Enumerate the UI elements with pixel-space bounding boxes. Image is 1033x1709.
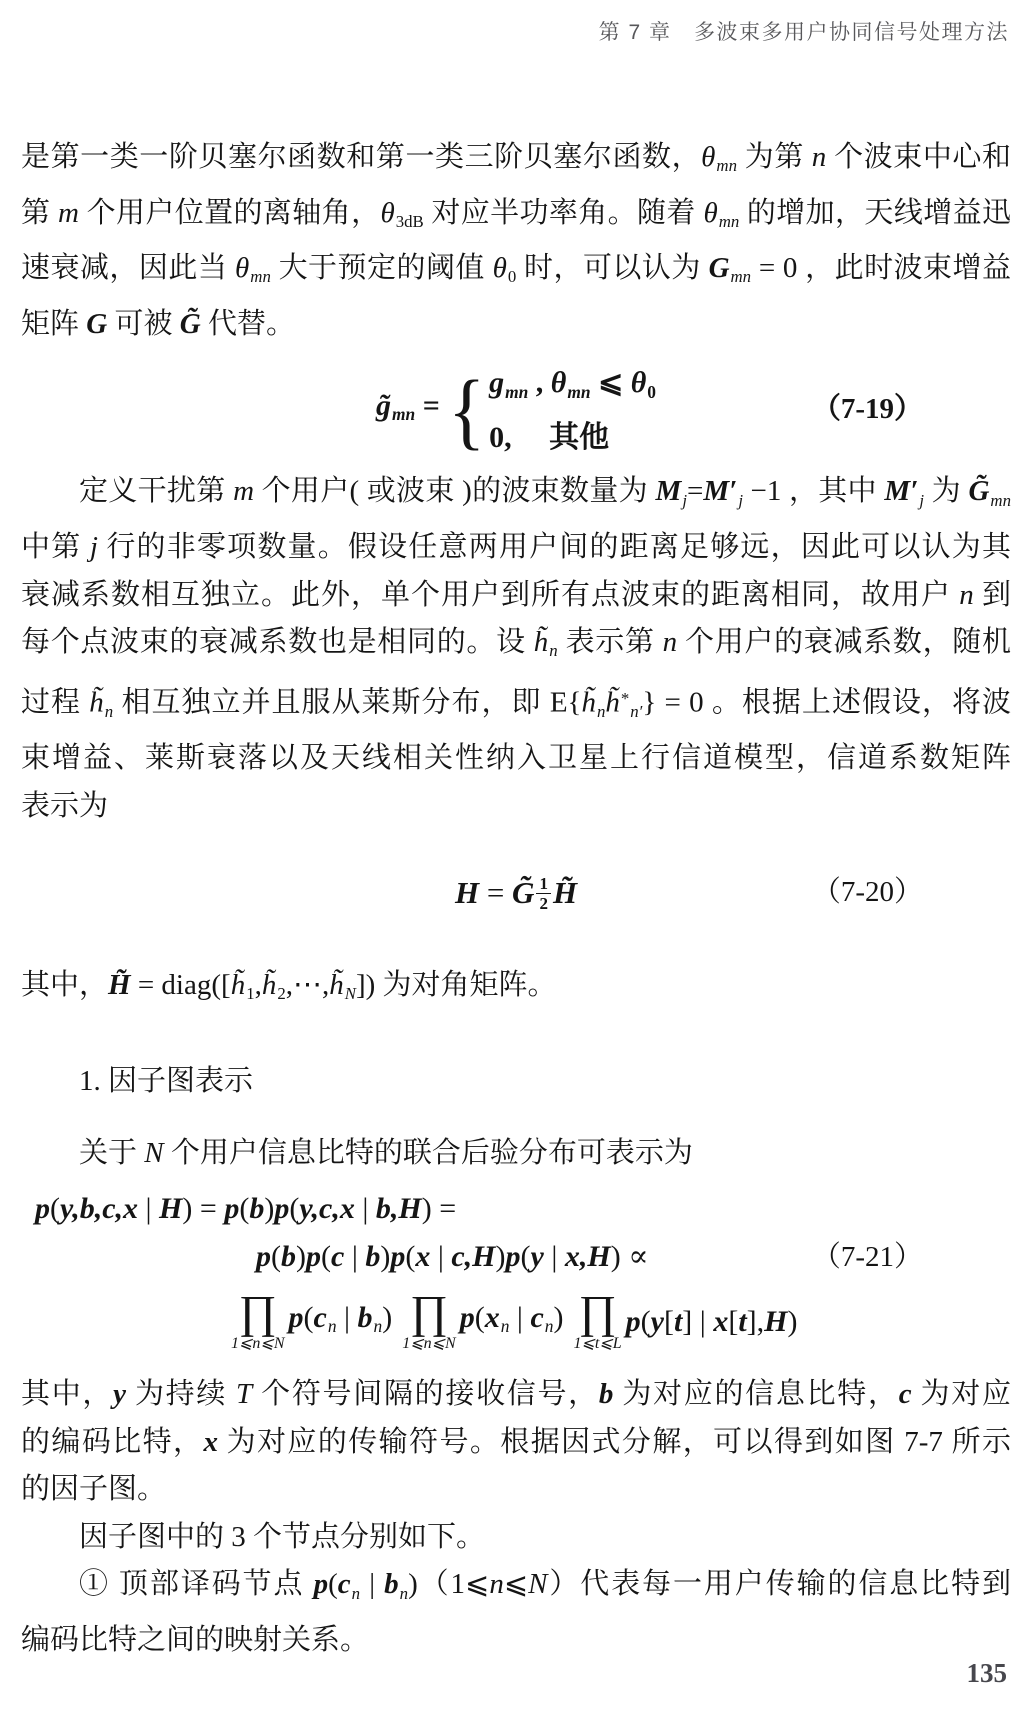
product-operator-2: ∏ 1⩽n⩽N (402, 1291, 455, 1353)
text-segment: = (687, 475, 703, 507)
text-segment: n′ (630, 702, 642, 721)
text-line: 衰减系数相互独立。此外，单个用户到所有点波束的距离相同，故用户 n 到 (21, 572, 1011, 620)
text-segment: y (651, 1305, 664, 1338)
text-segment: θ (631, 366, 647, 399)
text-segment: ] (747, 1305, 757, 1338)
text-segment: N (345, 984, 356, 1003)
text-segment: * (621, 689, 629, 708)
text-segment: | (138, 1192, 159, 1225)
text-segment: 为持续 (126, 1378, 236, 1410)
text-segment: b (358, 1301, 373, 1334)
book-page: 第 7 章 多波束多用户协同信号处理方法 是第一类一阶贝塞尔函数和第一类三阶贝塞… (0, 0, 1033, 1709)
case-row-2: 0, 其他 (489, 415, 656, 461)
text-segment: mn (392, 404, 415, 424)
text-segment: b (249, 1192, 264, 1225)
text-segment: mn (990, 491, 1011, 510)
text-segment: 个用户位置的离轴角， (79, 197, 380, 229)
section-heading-factor-graph: 1. 因子图表示 (21, 1058, 1011, 1106)
text-segment: ( (321, 1240, 331, 1273)
text-segment: y (113, 1378, 126, 1410)
text-line: 矩阵 G 可被 G̃ 代替。 (21, 301, 1011, 349)
text-segment: mn (716, 156, 737, 175)
text-line: 的编码比特，x 为对应的传输符号。根据因式分解，可以得到如图 7-7 所示 (21, 1419, 1011, 1467)
equation-lhs: g̃mn = (376, 382, 440, 439)
product-operator-1: ∏ 1⩽n⩽N (231, 1291, 284, 1353)
text-segment: N (144, 1137, 163, 1169)
text-segment: 为第 (737, 141, 812, 173)
equation-7-20: H = G̃12H̃ （7-20） (21, 850, 1011, 936)
text-segment: } = 0 。根据上述假设，将波 (642, 686, 1011, 718)
text-segment: ( (475, 1301, 485, 1334)
text-segment: 速衰减，因此当 (21, 252, 235, 284)
text-segment: c (530, 1301, 543, 1334)
text-segment: c (313, 1301, 326, 1334)
text-segment: 第 (21, 197, 58, 229)
text-segment: x (713, 1305, 728, 1338)
text-segment: p (224, 1192, 239, 1225)
text-segment: , (528, 366, 551, 399)
text-segment: H̃ (108, 969, 131, 1001)
text-segment: y,b,c,x (60, 1192, 138, 1225)
text-segment: n (105, 702, 113, 721)
text-segment: c (338, 1568, 351, 1600)
text-line: 是第一类一阶贝塞尔函数和第一类三阶贝塞尔函数，θmn 为第 n 个波束中心和 (21, 134, 1011, 190)
text-segment: p (256, 1240, 271, 1273)
text-segment: ,⋯, (286, 969, 330, 1001)
text-segment: 表示第 (558, 626, 663, 658)
text-segment: 表示为 (21, 790, 108, 822)
text-segment: x,H (565, 1240, 611, 1273)
text-segment: 个用户的衰减系数，随机 (677, 626, 1011, 658)
fraction-denominator: 2 (536, 893, 551, 913)
text-segment: p (460, 1301, 475, 1334)
paragraph-interference: 定义干扰第 m 个用户( 或波束 )的波束数量为 Mj=M′j −1 ，其中 M… (21, 468, 1011, 830)
text-segment: 为 (924, 475, 968, 507)
text-segment: G̃ (968, 475, 989, 507)
equation-label: （7-19） (812, 387, 923, 435)
text-segment: p (35, 1192, 50, 1225)
text-segment: p (506, 1240, 521, 1273)
product-expression-2: p(xn | cn) (460, 1294, 564, 1351)
text-segment: 1 (246, 984, 254, 1003)
text-segment: n (352, 1584, 360, 1603)
text-segment: n (374, 1316, 383, 1336)
text-segment: p (288, 1301, 303, 1334)
text-segment: 矩阵 (21, 308, 86, 340)
text-line: 表示为 (21, 783, 1011, 831)
text-segment: x (203, 1426, 218, 1458)
text-segment: n (663, 626, 678, 658)
text-segment: ) (496, 1240, 506, 1273)
text-segment: 的增加，天线增益迅 (739, 197, 1011, 229)
text-segment: G (86, 308, 107, 340)
text-segment: 因子图中的 3 个节点分别如下。 (79, 1521, 485, 1553)
text-segment: 可被 (107, 308, 180, 340)
text-segment: 束增益、莱斯衰落以及天线相关性纳入卫星上行信道模型，信道系数矩阵 (21, 742, 1011, 774)
text-segment: mn (505, 382, 528, 402)
equation-pre: H = G̃ (455, 869, 535, 917)
product-limit: 1⩽n⩽N (402, 1335, 455, 1353)
page-content: 是第一类一阶贝塞尔函数和第一类三阶贝塞尔函数，θmn 为第 n 个波束中心和第 … (21, 134, 1011, 1665)
text-segment: θ (551, 366, 567, 399)
text-segment: 过程 (21, 686, 89, 718)
text-line: 中第 j 行的非零项数量。假设任意两用户间的距离足够远，因此可以认为其 (21, 524, 1011, 572)
text-segment: ] (682, 1305, 692, 1338)
text-segment: 为对应的传输符号。根据因式分解，可以得到如图 7-7 所示 (218, 1426, 1011, 1458)
text-segment: 为对应 (912, 1378, 1011, 1410)
text-segment: ）代表每一用户传输的信息比特到 (548, 1568, 1011, 1600)
text-segment: θ (493, 252, 507, 284)
text-segment: = 0 ，此时波束增益 (751, 252, 1011, 284)
text-segment: 个符号间隔的接收信号， (252, 1378, 599, 1410)
text-segment: n (328, 1316, 337, 1336)
text-segment: 的因子图。 (21, 1473, 166, 1505)
chapter-header: 第 7 章 多波束多用户协同信号处理方法 (599, 16, 1009, 46)
text-segment: −1 ，其中 (743, 475, 884, 507)
text-segment: p (306, 1240, 321, 1273)
text-line: 每个点波束的衰减系数也是相同的。设 h̃n 表示第 n 个用户的衰减系数，随机 (21, 619, 1011, 675)
text-line: 的因子图。 (21, 1466, 1011, 1514)
text-segment: 3dB (396, 212, 424, 231)
text-segment: θ (235, 252, 249, 284)
equation-line-2-body: p(b)p(c | b)p(x | c,H)p(y | x,H) ∝ (256, 1240, 649, 1273)
text-segment: 个用户( 或波束 )的波束数量为 (254, 475, 656, 507)
text-segment: | (360, 1568, 384, 1600)
text-segment: 衰减系数相互独立。此外，单个用户到所有点波束的距离相同，故用户 (21, 579, 959, 611)
text-segment: 个用户信息比特的联合后验分布可表示为 (164, 1137, 693, 1169)
text-segment: ( (239, 1192, 249, 1225)
text-segment: h̃ (262, 969, 277, 1001)
text-segment: H (455, 875, 479, 910)
text-segment: p (626, 1305, 641, 1338)
text-line: 编码比特之间的映射关系。 (21, 1617, 1011, 1665)
text-segment: ) ∝ (611, 1240, 649, 1273)
text-segment: （1⩽ (418, 1568, 490, 1600)
text-segment: G̃ (180, 308, 201, 340)
cases-block: gmn , θmn ⩽ θ0 0, 其他 (489, 360, 656, 460)
text-segment: 相互独立并且服从莱斯分布，即 E{ (113, 686, 581, 718)
text-segment: mn (567, 382, 590, 402)
text-segment: n (489, 1568, 504, 1600)
text-segment: 关于 (79, 1137, 144, 1169)
equation-label: （7-21） (812, 1233, 923, 1281)
text-segment: ]) 为对角矩阵。 (356, 969, 557, 1001)
text-segment: h̃ (605, 686, 620, 718)
text-segment: n (959, 579, 974, 611)
text-segment: n (400, 1584, 408, 1603)
left-brace: { (448, 367, 485, 453)
text-segment: , (255, 969, 262, 1001)
text-segment: | (692, 1305, 713, 1338)
case-row-1: gmn , θmn ⩽ θ0 (489, 360, 656, 414)
text-segment: n (549, 641, 557, 660)
text-segment: p (390, 1240, 405, 1273)
text-segment: m (233, 475, 254, 507)
text-segment: ① 顶部译码节点 (79, 1568, 314, 1600)
product-expression-1: p(cn | bn) (288, 1294, 392, 1351)
text-segment: g̃ (376, 389, 391, 422)
text-segment: ) = (422, 1192, 456, 1225)
text-segment: 大于预定的阈值 (271, 252, 493, 284)
text-segment: h̃ (329, 969, 344, 1001)
text-line: ① 顶部译码节点 p(cn | bn)（1⩽n⩽N）代表每一用户传输的信息比特到 (21, 1561, 1011, 1617)
text-segment: H (764, 1305, 787, 1338)
text-segment: ) = (182, 1192, 224, 1225)
text-segment: c (331, 1240, 344, 1273)
text-line: 束增益、莱斯衰落以及天线相关性纳入卫星上行信道模型，信道系数矩阵 (21, 735, 1011, 783)
text-segment: ( (50, 1192, 60, 1225)
text-segment: ) (408, 1568, 418, 1600)
text-segment: 行的非零项数量。假设任意两用户间的距离足够远，因此可以认为其 (98, 531, 1011, 563)
product-expression-3: p(y[t] | x[t],H) (626, 1298, 798, 1346)
text-segment: 0 (647, 382, 656, 402)
text-segment: ) (264, 1192, 274, 1225)
fraction-numerator: 1 (539, 874, 548, 893)
equation-line-2: p(b)p(c | b)p(x | c,H)p(y | x,H) ∝ （7-21… (21, 1233, 1011, 1281)
text-segment: h̃ (89, 686, 104, 718)
text-segment: ) (788, 1305, 798, 1338)
text-segment: | (337, 1301, 358, 1334)
paragraph-factor-graph: 其中，y 为持续 T 个符号间隔的接收信号，b 为对应的信息比特，c 为对应的编… (21, 1371, 1011, 1665)
text-segment: b (365, 1240, 380, 1273)
text-segment: mn (719, 212, 740, 231)
posterior-intro-line: 关于 N 个用户信息比特的联合后验分布可表示为 (21, 1130, 1011, 1178)
text-segment: ) (553, 1301, 563, 1334)
text-segment: θ (380, 197, 394, 229)
text-segment: H (159, 1192, 182, 1225)
text-segment: 代替。 (201, 308, 295, 340)
text-segment: | (430, 1240, 451, 1273)
text-segment: 每个点波束的衰减系数也是相同的。设 (21, 626, 534, 658)
text-segment: = (415, 389, 440, 422)
paragraph-bessel: 是第一类一阶贝塞尔函数和第一类三阶贝塞尔函数，θmn 为第 n 个波束中心和第 … (21, 134, 1011, 348)
product-symbol: ∏ (239, 1291, 277, 1333)
text-segment: | (355, 1192, 376, 1225)
text-segment: M′ (703, 475, 737, 507)
text-segment: ( (328, 1568, 338, 1600)
equation-line-1: p(y,b,c,x | H) = p(b)p(y,c,x | b,H) = (21, 1185, 1011, 1233)
text-segment: b (384, 1568, 399, 1600)
text-segment: ( (271, 1240, 281, 1273)
text-segment: | (344, 1240, 365, 1273)
text-segment: 0, 其他 (489, 421, 609, 454)
text-segment: G̃ (512, 875, 534, 910)
text-segment: ( (521, 1240, 531, 1273)
text-segment: mn (250, 267, 271, 286)
product-symbol: ∏ (579, 1291, 617, 1333)
text-segment: [ (728, 1305, 738, 1338)
text-segment: ) (296, 1240, 306, 1273)
text-segment: b (281, 1240, 296, 1273)
text-segment: 到 (974, 579, 1011, 611)
text-segment: = (479, 875, 512, 910)
text-segment: ) (382, 1301, 392, 1334)
page-number: 135 (967, 1658, 1008, 1689)
text-segment: 编码比特之间的映射关系。 (21, 1624, 369, 1656)
text-segment: x (485, 1301, 500, 1334)
text-segment: n (812, 141, 827, 173)
text-segment: 定义干扰第 (79, 475, 233, 507)
text-segment: | (509, 1301, 530, 1334)
text-segment: ⩽ (504, 1568, 528, 1600)
text-segment: b (599, 1378, 614, 1410)
text-segment: ( (405, 1240, 415, 1273)
text-line: 过程 h̃n 相互独立并且服从莱斯分布，即 E{h̃nh̃*n′} = 0 。根… (21, 675, 1011, 735)
equation-line-3: ∏ 1⩽n⩽N p(cn | bn) ∏ 1⩽n⩽N p(xn | cn) ∏ … (21, 1285, 1011, 1359)
text-segment: g (489, 366, 504, 399)
text-segment: θ (703, 197, 717, 229)
text-line: 定义干扰第 m 个用户( 或波束 )的波束数量为 Mj=M′j −1 ，其中 M… (21, 468, 1011, 524)
text-segment: 对应半功率角。随着 (424, 197, 704, 229)
text-segment: 个波束中心和 (826, 141, 1011, 173)
text-segment: m (58, 197, 79, 229)
text-line: 因子图中的 3 个节点分别如下。 (21, 1514, 1011, 1562)
text-segment: ) (380, 1240, 390, 1273)
text-segment: mn (731, 267, 752, 286)
text-segment: M′ (884, 475, 918, 507)
fraction-exponent: 12 (536, 874, 551, 913)
text-segment: y (531, 1240, 544, 1273)
text-segment: 的编码比特， (21, 1426, 203, 1458)
text-segment: ⩽ (591, 366, 631, 399)
text-segment: H̃ (553, 875, 577, 910)
text-segment: 时，可以认为 (516, 252, 708, 284)
text-segment: h̃ (231, 969, 246, 1001)
product-symbol: ∏ (410, 1291, 448, 1333)
text-segment: θ (701, 141, 715, 173)
text-segment: p (274, 1192, 289, 1225)
text-segment: y,c,x (299, 1192, 355, 1225)
text-line: 其中，y 为持续 T 个符号间隔的接收信号，b 为对应的信息比特，c 为对应 (21, 1371, 1011, 1419)
text-segment: c (899, 1378, 912, 1410)
text-segment: j (90, 531, 98, 563)
text-segment: = diag([ (131, 969, 231, 1001)
equation-7-21: p(y,b,c,x | H) = p(b)p(y,c,x | b,H) = p(… (21, 1185, 1011, 1359)
text-segment: | (544, 1240, 565, 1273)
text-segment: 其中， (21, 969, 108, 1001)
diag-matrix-line: 其中，H̃ = diag([h̃1,h̃2,⋯,h̃N]) 为对角矩阵。 (21, 962, 1011, 1018)
text-segment: G (709, 252, 730, 284)
text-segment: t (738, 1305, 746, 1338)
text-segment: b,H (376, 1192, 422, 1225)
text-line: 第 m 个用户位置的离轴角，θ3dB 对应半功率角。随着 θmn 的增加，天线增… (21, 190, 1011, 246)
text-line: 速衰减，因此当 θmn 大于预定的阈值 θ0 时，可以认为 Gmn = 0 ，此… (21, 245, 1011, 301)
equation-post: H̃ (553, 869, 577, 917)
text-segment: 其中， (21, 1378, 113, 1410)
text-segment: 2 (277, 984, 285, 1003)
equation-7-19: g̃mn = { gmn , θmn ⩽ θ0 0, 其他 （7-19） (21, 358, 1011, 462)
text-segment: h̃ (581, 686, 596, 718)
text-segment: T (236, 1378, 252, 1410)
text-segment: [ (664, 1305, 674, 1338)
product-operator-3: ∏ 1⩽t⩽L (573, 1291, 621, 1353)
text-segment: h̃ (534, 626, 549, 658)
text-segment: c,H (451, 1240, 495, 1273)
text-segment: p (314, 1568, 329, 1600)
text-segment: ( (289, 1192, 299, 1225)
product-limit: 1⩽t⩽L (573, 1335, 621, 1353)
product-limit: 1⩽n⩽N (231, 1335, 284, 1353)
text-segment: 中第 (21, 531, 90, 563)
text-segment: N (528, 1568, 547, 1600)
text-segment: M (656, 475, 682, 507)
equation-label: （7-20） (812, 869, 923, 917)
text-segment: 为对应的信息比特， (613, 1378, 898, 1410)
text-segment: 是第一类一阶贝塞尔函数和第一类三阶贝塞尔函数， (21, 141, 701, 173)
text-segment: ( (641, 1305, 651, 1338)
text-segment: x (415, 1240, 430, 1273)
text-segment: ( (303, 1301, 313, 1334)
